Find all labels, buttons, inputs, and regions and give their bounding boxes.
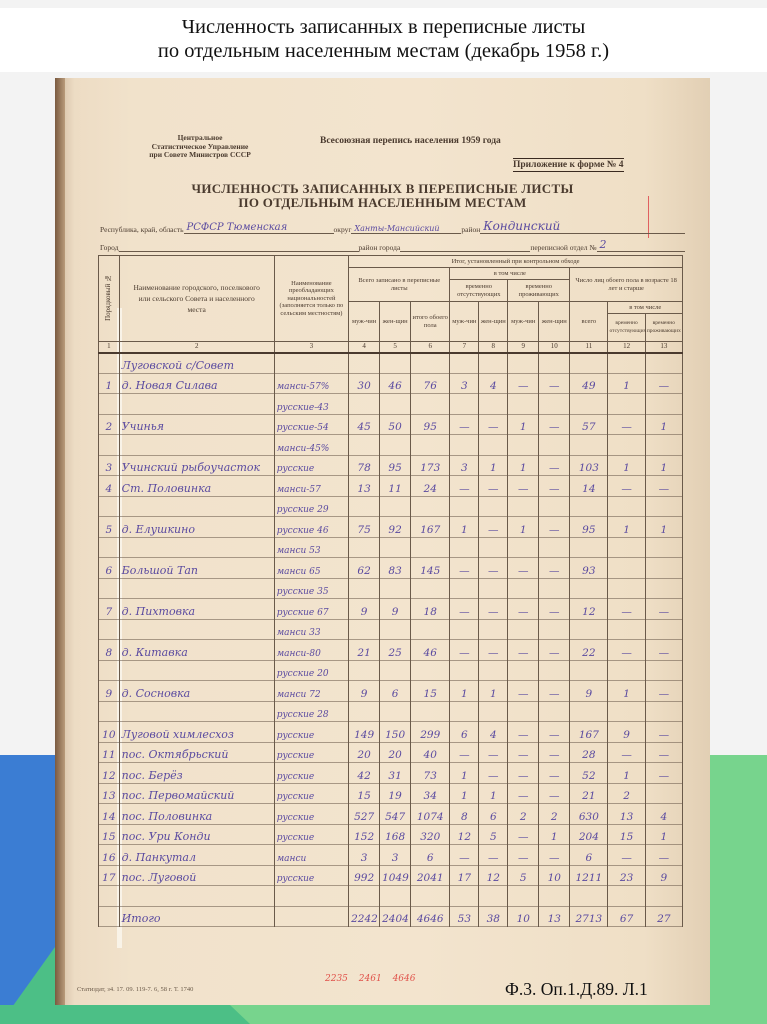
column-number: 6 xyxy=(411,342,450,353)
cell-present-men: 1 xyxy=(508,414,539,435)
cell-total xyxy=(411,619,450,640)
cell-present-men xyxy=(508,886,539,907)
city-row: Город район города переписной отдел № 2 xyxy=(100,238,685,252)
column-number: 11 xyxy=(570,342,608,353)
cell-present-women: 2 xyxy=(539,804,570,825)
cell-present-men xyxy=(508,496,539,517)
cell-present-men: — xyxy=(508,476,539,497)
cell-present-women: — xyxy=(539,742,570,763)
nationality: русские xyxy=(274,865,348,886)
cell-total xyxy=(411,496,450,517)
table-row: 5д. Елушкинорусские 4675921671—1—9511 xyxy=(99,517,683,538)
document-edge xyxy=(55,78,65,1005)
cell-present-women: 13 xyxy=(539,906,570,927)
cell-adults-present: — xyxy=(645,763,682,784)
cell-absent-women xyxy=(479,886,508,907)
cell-absent-men: 3 xyxy=(450,373,479,394)
row-number xyxy=(99,660,120,681)
cell-adults-total: 1211 xyxy=(570,865,608,886)
cell-adults-absent: — xyxy=(608,742,645,763)
cell-present-women xyxy=(539,660,570,681)
cell-total xyxy=(411,886,450,907)
cell-present-men: — xyxy=(508,824,539,845)
nationality: манси-57% xyxy=(274,373,348,394)
cell-women: 11 xyxy=(380,476,411,497)
table-row: русские 29 xyxy=(99,496,683,517)
table-row: 12пос. Берёзрусские4231731———521— xyxy=(99,763,683,784)
place-name: пос. Ури Конди xyxy=(119,824,274,845)
cell-men xyxy=(349,701,380,722)
cell-men xyxy=(349,886,380,907)
cell-adults-absent: 1 xyxy=(608,455,645,476)
cell-adults-total xyxy=(570,886,608,907)
cell-men: 152 xyxy=(349,824,380,845)
cell-adults-total: 6 xyxy=(570,845,608,866)
cell-absent-men xyxy=(450,435,479,456)
nationality: русские xyxy=(274,783,348,804)
cell-absent-men: 1 xyxy=(450,681,479,702)
cell-men xyxy=(349,660,380,681)
cell-adults-present xyxy=(645,578,682,599)
cell-women xyxy=(380,394,411,415)
cell-present-men: — xyxy=(508,681,539,702)
place-name xyxy=(119,660,274,681)
cell-absent-women: 4 xyxy=(479,373,508,394)
cell-absent-women: 1 xyxy=(479,681,508,702)
place-name xyxy=(119,435,274,456)
cell-absent-women: 1 xyxy=(479,783,508,804)
cell-absent-men xyxy=(450,537,479,558)
cell-women: 1049 xyxy=(380,865,411,886)
table-row: 14пос. Половинкарусские52754710748622630… xyxy=(99,804,683,825)
table-row: 4Ст. Половинкаманси-57131124————14—— xyxy=(99,476,683,497)
cell-absent-women: 1 xyxy=(479,455,508,476)
table-row xyxy=(99,886,683,907)
header-adults-present: временно проживающих xyxy=(645,314,682,342)
cell-absent-women: — xyxy=(479,414,508,435)
table-row: 3Учинский рыбоучастокрусские7895173311—1… xyxy=(99,455,683,476)
table-row: манси 53 xyxy=(99,537,683,558)
cell-present-women: — xyxy=(539,476,570,497)
cell-adults-absent xyxy=(608,435,645,456)
cell-total: 34 xyxy=(411,783,450,804)
header-both: итого обоего пола xyxy=(411,302,450,342)
cell-absent-men: — xyxy=(450,640,479,661)
cell-adults-total xyxy=(570,353,608,374)
header-serial-number: Порядковый № xyxy=(99,256,120,342)
nationality: манси xyxy=(274,845,348,866)
slide-title: Численность записанных в переписные лист… xyxy=(0,8,767,72)
cell-adults-absent xyxy=(608,578,645,599)
table-row: 17пос. Луговойрусские9921049204117125101… xyxy=(99,865,683,886)
header-adults-including: в том числе xyxy=(608,302,683,314)
cell-men: 13 xyxy=(349,476,380,497)
place-name: Итого xyxy=(119,906,274,927)
cell-adults-total: 22 xyxy=(570,640,608,661)
document-title-line2: ПО ОТДЕЛЬНЫМ НАСЕЛЕННЫМ МЕСТАМ xyxy=(55,196,710,210)
cell-men xyxy=(349,578,380,599)
cell-absent-men: 1 xyxy=(450,783,479,804)
cell-total: 167 xyxy=(411,517,450,538)
cell-adults-present xyxy=(645,886,682,907)
table-row: 8д. Китавкаманси-80212546————22—— xyxy=(99,640,683,661)
region-row: Республика, край, область РСФСР Тюменска… xyxy=(100,220,685,234)
cell-total: 76 xyxy=(411,373,450,394)
cell-men xyxy=(349,353,380,374)
cell-present-women xyxy=(539,619,570,640)
cell-women: 150 xyxy=(380,722,411,743)
cell-adults-total: 57 xyxy=(570,414,608,435)
cell-adults-absent: 15 xyxy=(608,824,645,845)
cell-adults-present xyxy=(645,496,682,517)
cell-women xyxy=(380,578,411,599)
cell-absent-men: 53 xyxy=(450,906,479,927)
region-label: Республика, край, область xyxy=(100,225,184,234)
cell-present-women: 1 xyxy=(539,824,570,845)
cell-adults-total: 52 xyxy=(570,763,608,784)
cell-present-women xyxy=(539,394,570,415)
row-number: 15 xyxy=(99,824,120,845)
nationality: русские xyxy=(274,722,348,743)
cell-adults-total: 93 xyxy=(570,558,608,579)
cell-total: 145 xyxy=(411,558,450,579)
cell-total: 40 xyxy=(411,742,450,763)
cell-absent-men: — xyxy=(450,845,479,866)
nationality: манси-80 xyxy=(274,640,348,661)
cell-present-men: — xyxy=(508,373,539,394)
census-table: Порядковый № Наименование городского, по… xyxy=(98,255,683,927)
cell-present-men xyxy=(508,435,539,456)
slide-title-line1: Численность записанных в переписные лист… xyxy=(0,15,767,39)
row-number: 3 xyxy=(99,455,120,476)
row-number: 17 xyxy=(99,865,120,886)
cell-absent-women xyxy=(479,394,508,415)
cell-women xyxy=(380,619,411,640)
cell-men: 9 xyxy=(349,681,380,702)
cell-adults-present: — xyxy=(645,845,682,866)
cell-present-women: — xyxy=(539,517,570,538)
nationality: русские xyxy=(274,763,348,784)
cell-women xyxy=(380,660,411,681)
city-district-label: район города xyxy=(359,243,401,252)
cell-adults-present: 1 xyxy=(645,455,682,476)
census-dept-label: переписной отдел № xyxy=(530,243,596,252)
cell-women: 547 xyxy=(380,804,411,825)
cell-women: 3 xyxy=(380,845,411,866)
cell-present-men: 10 xyxy=(508,906,539,927)
cell-present-women: — xyxy=(539,373,570,394)
column-number: 3 xyxy=(274,342,348,353)
header-place-name: Наименование городского, поселкового или… xyxy=(119,256,274,342)
table-row: 11пос. Октябрьскийрусские202040————28—— xyxy=(99,742,683,763)
place-name: Луговской с/Совет xyxy=(119,353,274,374)
column-number: 9 xyxy=(508,342,539,353)
row-number: 9 xyxy=(99,681,120,702)
nationality: манси 33 xyxy=(274,619,348,640)
table-row: 16д. Панкуталманси336————6—— xyxy=(99,845,683,866)
place-name: Ст. Половинка xyxy=(119,476,274,497)
cell-men: 9 xyxy=(349,599,380,620)
cell-adults-total: 2713 xyxy=(570,906,608,927)
cell-men: 15 xyxy=(349,783,380,804)
cell-absent-women: 12 xyxy=(479,865,508,886)
cell-absent-women xyxy=(479,353,508,374)
cell-adults-total xyxy=(570,435,608,456)
correction-total: 4646 xyxy=(393,974,416,984)
cell-absent-women: — xyxy=(479,763,508,784)
table-body: Луговской с/Совет1д. Новая Силаваманси-5… xyxy=(99,353,683,927)
cell-absent-women: — xyxy=(479,476,508,497)
cell-adults-present: — xyxy=(645,681,682,702)
row-number xyxy=(99,619,120,640)
cell-women: 168 xyxy=(380,824,411,845)
cell-women: 6 xyxy=(380,681,411,702)
header-adults: Число лиц обоего пола в возрасте 18 лет … xyxy=(570,268,683,302)
cell-men: 21 xyxy=(349,640,380,661)
place-name xyxy=(119,537,274,558)
cell-absent-men: — xyxy=(450,476,479,497)
cell-present-women xyxy=(539,537,570,558)
cell-present-men: 1 xyxy=(508,455,539,476)
row-number: 13 xyxy=(99,783,120,804)
nationality: русские 20 xyxy=(274,660,348,681)
cell-adults-absent: 23 xyxy=(608,865,645,886)
table-row: 2Учиньярусские-54455095——1—57—1 xyxy=(99,414,683,435)
cell-present-women: — xyxy=(539,414,570,435)
cell-present-women: — xyxy=(539,763,570,784)
cell-adults-total xyxy=(570,496,608,517)
cell-absent-men: 3 xyxy=(450,455,479,476)
cell-absent-men: 1 xyxy=(450,517,479,538)
cell-adults-present xyxy=(645,394,682,415)
row-number xyxy=(99,435,120,456)
correction-women: 2461 xyxy=(359,974,382,984)
place-name: д. Пихтовка xyxy=(119,599,274,620)
row-number: 1 xyxy=(99,373,120,394)
cell-adults-absent xyxy=(608,496,645,517)
cell-adults-total xyxy=(570,537,608,558)
cell-absent-men xyxy=(450,619,479,640)
row-number xyxy=(99,701,120,722)
cell-total: 24 xyxy=(411,476,450,497)
cell-present-women: — xyxy=(539,681,570,702)
cell-present-men: 1 xyxy=(508,517,539,538)
cell-women: 31 xyxy=(380,763,411,784)
cell-absent-men xyxy=(450,660,479,681)
cell-men: 992 xyxy=(349,865,380,886)
place-name: Учинский рыбоучасток xyxy=(119,455,274,476)
table-row: русские 20 xyxy=(99,660,683,681)
header-absent-women: жен-щин xyxy=(479,302,508,342)
cell-total: 95 xyxy=(411,414,450,435)
header-absent-men: муж-чин xyxy=(450,302,479,342)
row-number xyxy=(99,537,120,558)
decor-dark-green-strip xyxy=(0,1005,250,1024)
decor-green-block xyxy=(708,755,767,1024)
cell-men: 45 xyxy=(349,414,380,435)
row-number: 2 xyxy=(99,414,120,435)
cell-absent-women xyxy=(479,660,508,681)
cell-adults-total: 28 xyxy=(570,742,608,763)
nationality: русские 46 xyxy=(274,517,348,538)
cell-men: 20 xyxy=(349,742,380,763)
nationality: русские-54 xyxy=(274,414,348,435)
cell-women: 25 xyxy=(380,640,411,661)
column-number: 10 xyxy=(539,342,570,353)
cell-present-men xyxy=(508,394,539,415)
cell-men: 2242 xyxy=(349,906,380,927)
row-number: 10 xyxy=(99,722,120,743)
table-row: русские 35 xyxy=(99,578,683,599)
organization-header: Центральное Статистическое Управление пр… xyxy=(130,134,270,160)
cell-women xyxy=(380,435,411,456)
cell-adults-absent xyxy=(608,886,645,907)
place-name: д. Китавка xyxy=(119,640,274,661)
cell-present-women: — xyxy=(539,783,570,804)
cell-adults-present: — xyxy=(645,640,682,661)
city-district-value xyxy=(400,242,530,252)
cell-women: 46 xyxy=(380,373,411,394)
place-name: пос. Берёз xyxy=(119,763,274,784)
cell-absent-men: 17 xyxy=(450,865,479,886)
nationality: манси 72 xyxy=(274,681,348,702)
cell-present-men: — xyxy=(508,845,539,866)
cell-absent-women: 38 xyxy=(479,906,508,927)
district-value: Кондинский xyxy=(480,219,685,234)
header-temp-absent: временно отсутствующих xyxy=(450,280,508,302)
cell-adults-present xyxy=(645,353,682,374)
row-number xyxy=(99,578,120,599)
nationality: русские xyxy=(274,804,348,825)
row-number: 16 xyxy=(99,845,120,866)
place-name: пос. Луговой xyxy=(119,865,274,886)
nationality: русские xyxy=(274,742,348,763)
nationality: русские-43 xyxy=(274,394,348,415)
cell-men xyxy=(349,496,380,517)
row-number: 7 xyxy=(99,599,120,620)
cell-absent-women xyxy=(479,578,508,599)
cell-adults-present: 1 xyxy=(645,824,682,845)
cell-absent-women xyxy=(479,496,508,517)
cell-present-women xyxy=(539,435,570,456)
cell-absent-women: — xyxy=(479,517,508,538)
header-control-total: Итог, установленный при контрольном обхо… xyxy=(349,256,683,268)
cell-women xyxy=(380,701,411,722)
cell-present-men: — xyxy=(508,722,539,743)
cell-total xyxy=(411,701,450,722)
cell-total: 18 xyxy=(411,599,450,620)
cell-adults-total: 21 xyxy=(570,783,608,804)
row-number: 11 xyxy=(99,742,120,763)
cell-total: 2041 xyxy=(411,865,450,886)
cell-adults-present: 9 xyxy=(645,865,682,886)
city-label: Город xyxy=(100,243,119,252)
cell-present-men xyxy=(508,578,539,599)
cell-total: 46 xyxy=(411,640,450,661)
cell-adults-present: — xyxy=(645,373,682,394)
nationality: русские 35 xyxy=(274,578,348,599)
place-name: Большой Тап xyxy=(119,558,274,579)
cell-present-men: — xyxy=(508,763,539,784)
cell-adults-total: 9 xyxy=(570,681,608,702)
place-name: Луговой химлесхоз xyxy=(119,722,274,743)
nationality: русские xyxy=(274,824,348,845)
place-name: д. Панкутал xyxy=(119,845,274,866)
place-name xyxy=(119,886,274,907)
cell-absent-women: 4 xyxy=(479,722,508,743)
nationality xyxy=(274,886,348,907)
cell-absent-men: — xyxy=(450,599,479,620)
cell-present-men xyxy=(508,660,539,681)
cell-absent-men xyxy=(450,578,479,599)
cell-absent-men xyxy=(450,496,479,517)
cell-women: 50 xyxy=(380,414,411,435)
place-name xyxy=(119,578,274,599)
cell-adults-absent xyxy=(608,558,645,579)
cell-adults-absent: — xyxy=(608,845,645,866)
table-row: русские 28 xyxy=(99,701,683,722)
census-dept-value: 2 xyxy=(597,238,685,252)
nationality: манси-45% xyxy=(274,435,348,456)
cell-total: 299 xyxy=(411,722,450,743)
cell-present-women xyxy=(539,886,570,907)
cell-present-men: — xyxy=(508,742,539,763)
cell-adults-absent: 1 xyxy=(608,373,645,394)
table-row: манси 33 xyxy=(99,619,683,640)
place-name xyxy=(119,619,274,640)
place-name: пос. Октябрьский xyxy=(119,742,274,763)
cell-total: 15 xyxy=(411,681,450,702)
nationality: русские 28 xyxy=(274,701,348,722)
okrug-label: округ xyxy=(334,225,352,234)
place-name: д. Новая Силава xyxy=(119,373,274,394)
nationality: манси 53 xyxy=(274,537,348,558)
cell-adults-total: 167 xyxy=(570,722,608,743)
cell-adults-present: — xyxy=(645,742,682,763)
cell-total: 73 xyxy=(411,763,450,784)
cell-absent-men: — xyxy=(450,558,479,579)
cell-present-women xyxy=(539,496,570,517)
cell-absent-men: — xyxy=(450,414,479,435)
cell-present-men: 5 xyxy=(508,865,539,886)
cell-women: 2404 xyxy=(380,906,411,927)
cell-present-women: — xyxy=(539,845,570,866)
row-number: 8 xyxy=(99,640,120,661)
place-name: д. Елушкино xyxy=(119,517,274,538)
header-adults-absent: временно отсутствующих xyxy=(608,314,645,342)
row-number: 5 xyxy=(99,517,120,538)
nationality: русские 29 xyxy=(274,496,348,517)
cell-adults-present: 27 xyxy=(645,906,682,927)
nationality: русские xyxy=(274,455,348,476)
cell-adults-absent xyxy=(608,394,645,415)
cell-present-women: — xyxy=(539,640,570,661)
header-all-recorded: Всего записано в переписные листы xyxy=(349,268,450,302)
cell-total: 1074 xyxy=(411,804,450,825)
cell-present-women xyxy=(539,353,570,374)
document-title: ЧИСЛЕННОСТЬ ЗАПИСАННЫХ В ПЕРЕПИСНЫЕ ЛИСТ… xyxy=(55,182,710,210)
cell-men: 42 xyxy=(349,763,380,784)
cell-adults-absent: — xyxy=(608,476,645,497)
cell-absent-women: 6 xyxy=(479,804,508,825)
correction-men: 2235 xyxy=(325,974,348,984)
nationality: русские 67 xyxy=(274,599,348,620)
column-number: 1 xyxy=(99,342,120,353)
cell-women xyxy=(380,537,411,558)
cell-absent-women xyxy=(479,701,508,722)
header-women: жен-щин xyxy=(380,302,411,342)
place-name: Учинья xyxy=(119,414,274,435)
